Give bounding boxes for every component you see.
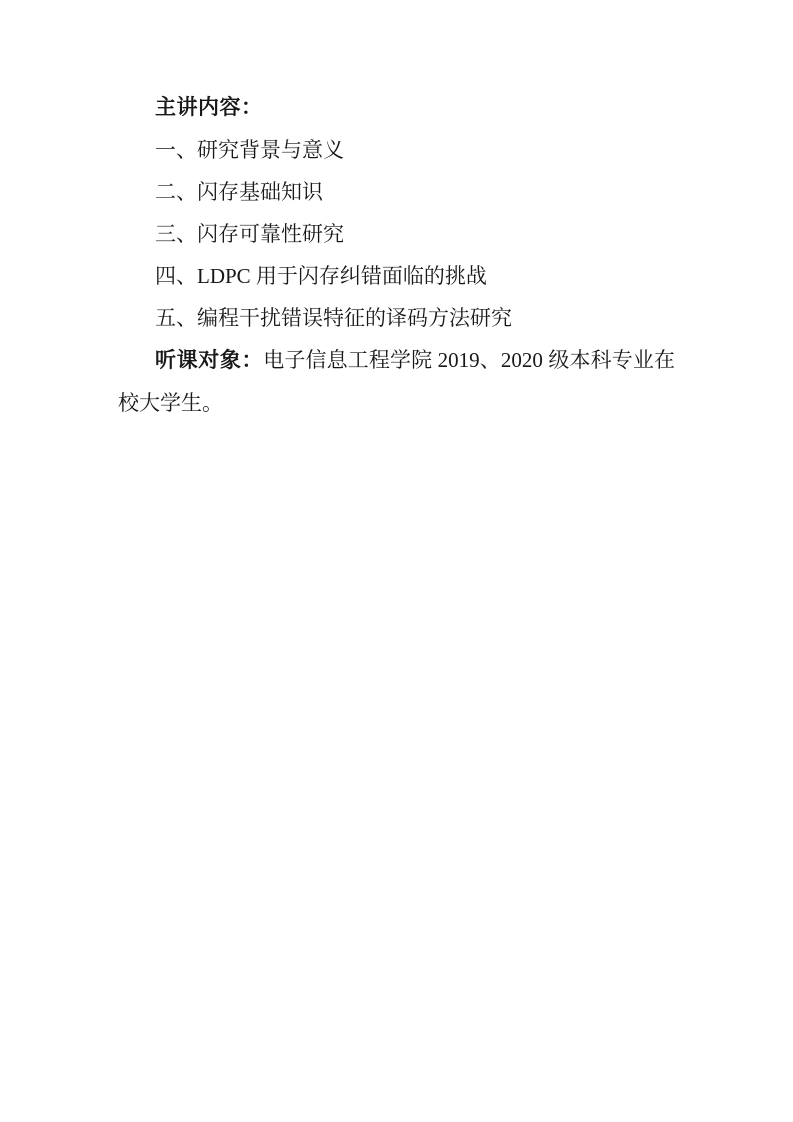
list-item-5: 五、编程干扰错误特征的译码方法研究: [118, 297, 675, 339]
list-item-2: 二、闪存基础知识: [118, 171, 675, 213]
list-item-1: 一、研究背景与意义: [118, 129, 675, 171]
list-item-3: 三、闪存可靠性研究: [118, 213, 675, 255]
audience-paragraph: 听课对象：电子信息工程学院 2019、2020 级本科专业在校大学生。: [118, 339, 675, 424]
section-heading: 主讲内容：: [118, 86, 675, 129]
section-heading-label: 主讲内容：: [155, 96, 263, 119]
audience-label: 听课对象：: [155, 349, 263, 372]
document-page: 主讲内容： 一、研究背景与意义 二、闪存基础知识 三、闪存可靠性研究 四、LDP…: [0, 0, 793, 1122]
list-item-4: 四、LDPC 用于闪存纠错面临的挑战: [118, 255, 675, 297]
